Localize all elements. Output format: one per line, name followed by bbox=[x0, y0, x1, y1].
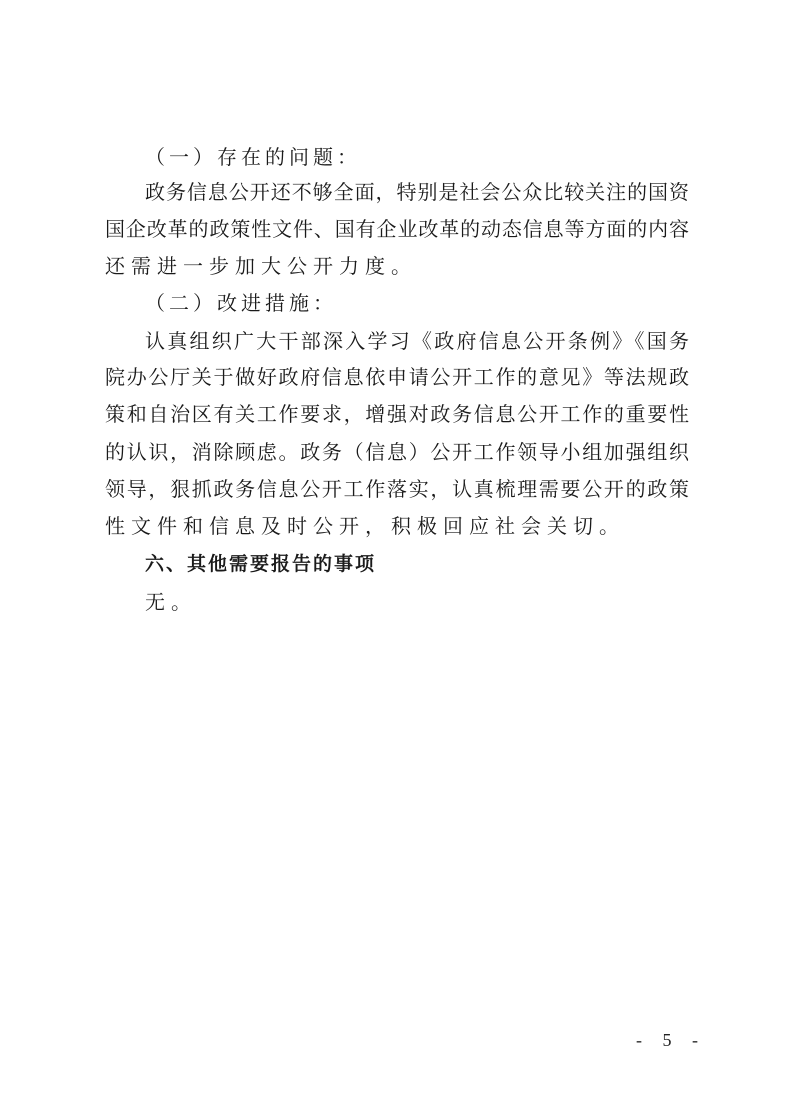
paragraph-line: 政务信息公开还不够全面，特别是社会公众比较关注的国资 bbox=[145, 177, 689, 207]
section-body-none: 无。 bbox=[145, 587, 689, 617]
paragraph-line: 还需进一步加大公开力度。 bbox=[105, 251, 689, 281]
paragraph-line: 的认识，消除顾虑。政务（信息）公开工作领导小组加强组织 bbox=[105, 437, 689, 467]
paragraph-line: 国企改革的政策性文件、国有企业改革的动态信息等方面的内容 bbox=[105, 214, 689, 244]
page-number: - 5 - bbox=[636, 1030, 706, 1051]
document-page: （一）存在的问题： 政务信息公开还不够全面，特别是社会公众比较关注的国资 国企改… bbox=[0, 0, 790, 1118]
paragraph-line: 认真组织广大干部深入学习《政府信息公开条例》《国务 bbox=[145, 326, 689, 356]
paragraph-line: 领导，狠抓政务信息公开工作落实，认真梳理需要公开的政策 bbox=[105, 474, 689, 504]
paragraph-line: 性文件和信息及时公开，积极回应社会关切。 bbox=[105, 511, 689, 541]
subheading-problems: （一）存在的问题： bbox=[145, 142, 689, 172]
paragraph-line: 院办公厅关于做好政府信息依申请公开工作的意见》等法规政 bbox=[105, 362, 689, 392]
section-heading-other-matters: 六、其他需要报告的事项 bbox=[145, 549, 689, 579]
paragraph-line: 策和自治区有关工作要求，增强对政务信息公开工作的重要性 bbox=[105, 399, 689, 429]
subheading-measures: （二）改进措施： bbox=[145, 288, 689, 318]
